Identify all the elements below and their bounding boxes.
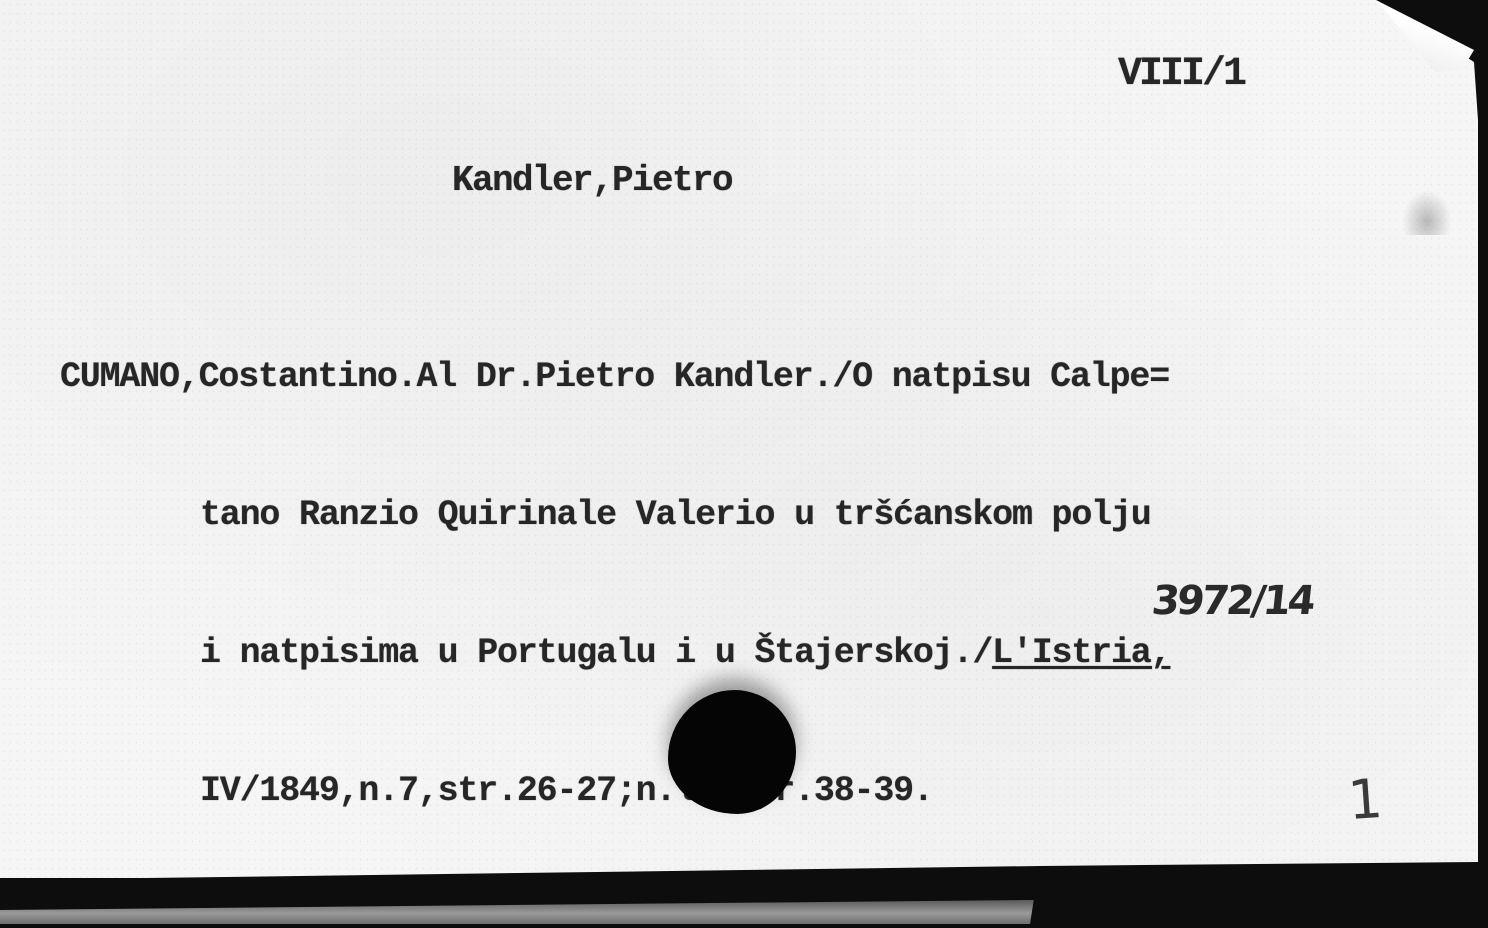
ink-smudge <box>1402 190 1452 235</box>
catalog-card: VIII/1 Kandler,Pietro CUMANO,Costantino.… <box>0 0 1480 878</box>
bibliographic-entry: CUMANO,Costantino.Al Dr.Pietro Kandler./… <box>60 262 1170 906</box>
entry-line-4: IV/1849,n.7,str.26-27;n.lo,str.38-39. <box>60 768 1170 814</box>
punch-hole <box>668 690 796 814</box>
journal-title: L'Istria, <box>992 633 1170 673</box>
entry-line-3: i natpisima u Portugalu i u Štajerskoj./… <box>60 630 1170 676</box>
page-mark: 1 <box>1346 767 1385 832</box>
entry-line-1: CUMANO,Costantino.Al Dr.Pietro Kandler./… <box>60 354 1170 400</box>
card-heading-author: Kandler,Pietro <box>452 160 732 201</box>
accession-number: 3972/14 <box>1150 578 1315 624</box>
entry-line-2: tano Ranzio Quirinale Valerio u tršćansk… <box>60 492 1170 538</box>
shelfmark: VIII/1 <box>1118 52 1244 97</box>
scanned-catalog-card: VIII/1 Kandler,Pietro CUMANO,Costantino.… <box>0 0 1488 928</box>
card-sleeve-edge <box>0 900 1040 924</box>
entry-line-3-text: i natpisima u Portugalu i u Štajerskoj./ <box>200 633 992 673</box>
